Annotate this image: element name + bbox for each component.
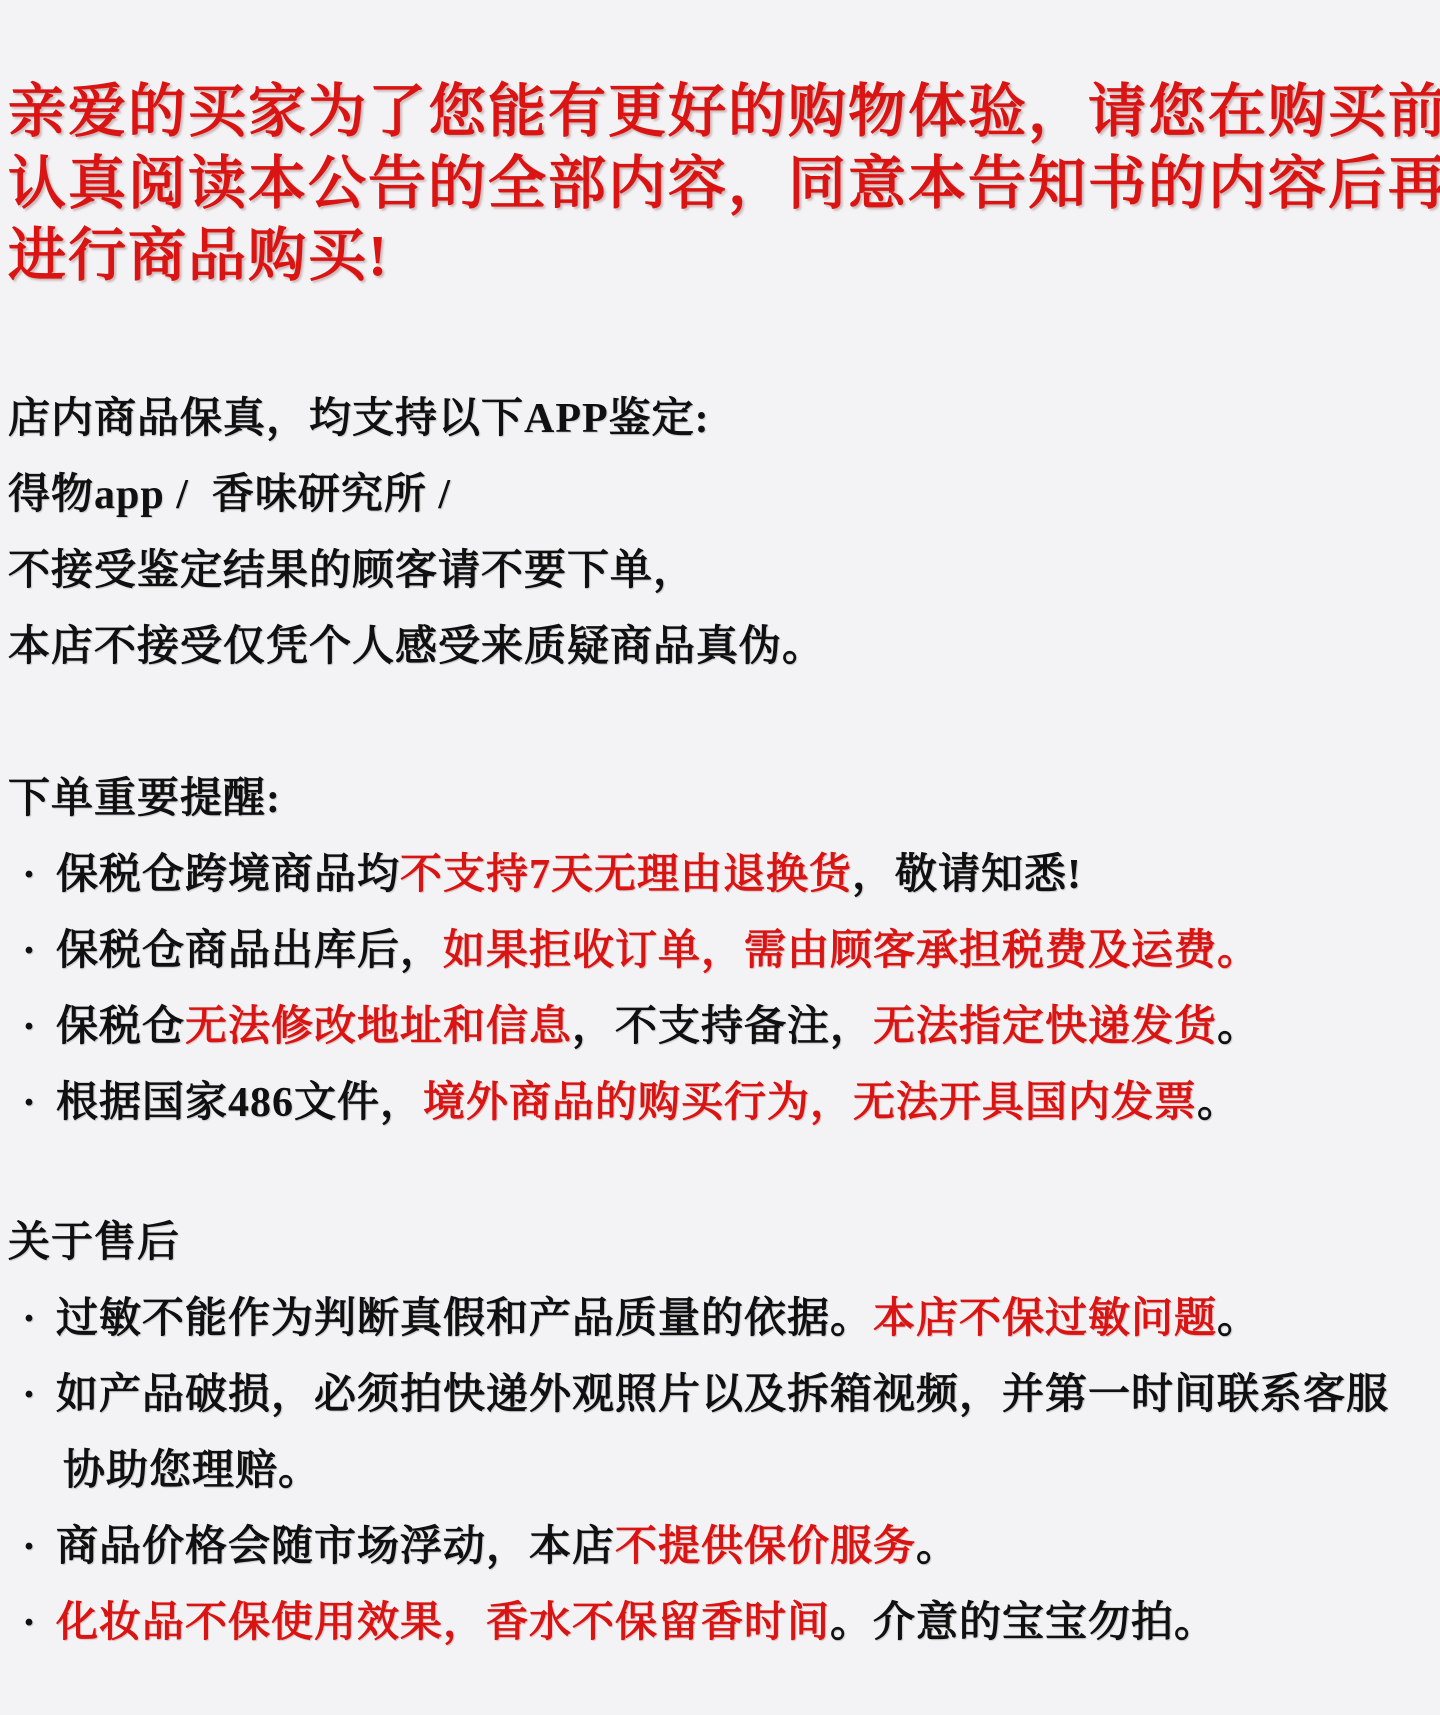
header-line-2: 认真阅读本公告的全部内容，同意本告知书的内容后再 xyxy=(8,148,1436,220)
bullet-text-segment: 不提供保价服务 xyxy=(615,1524,916,1570)
bullet-text-segment: 根据国家486文件， xyxy=(56,1080,423,1126)
header-line-1: 亲爱的买家为了您能有更好的购物体验，请您在购买前 xyxy=(8,76,1436,148)
authenticity-section: 店内商品保真，均支持以下APP鉴定: 得物app / 香味研究所 / 不接受鉴定… xyxy=(0,381,1440,685)
bullet-dot: · xyxy=(22,1509,56,1585)
order-reminder-section: 下单重要提醒: ·保税仓跨境商品均不支持7天无理由退换货，敬请知悉! ·保税仓商… xyxy=(0,761,1440,1141)
aftersale-bullet-allergy: ·过敏不能作为判断真假和产品质量的依据。本店不保过敏问题。 xyxy=(8,1281,1420,1357)
bullet-text-segment: 过敏不能作为判断真假和产品质量的依据。 xyxy=(56,1296,873,1342)
bullet-text-segment: 如果拒收订单，需由顾客承担税费及运费。 xyxy=(443,928,1260,974)
bullet-text-segment: 保税仓跨境商品均 xyxy=(56,852,400,898)
authenticity-line-4: 本店不接受仅凭个人感受来质疑商品真伪。 xyxy=(8,609,1420,685)
order-reminder-heading: 下单重要提醒: xyxy=(8,761,1420,837)
bullet-text-segment: 化妆品不保使用效果，香水不保留香时间 xyxy=(56,1600,830,1646)
bullet-dot: · xyxy=(22,837,56,913)
bullet-text-segment: 如产品破损，必须拍快递外观照片以及拆箱视频，并第一时间联系客服 xyxy=(56,1372,1389,1418)
bullet-text-segment: 无法指定快递发货 xyxy=(873,1004,1217,1050)
bullet-text-segment: 不支持7天无理由退换货 xyxy=(400,852,852,898)
reminder-bullet-no-address-change: ·保税仓无法修改地址和信息，不支持备注，无法指定快递发货。 xyxy=(8,989,1420,1065)
bullet-text-segment: 保税仓商品出库后， xyxy=(56,928,443,974)
reminder-bullet-no-invoice: ·根据国家486文件，境外商品的购买行为，无法开具国内发票。 xyxy=(8,1065,1420,1141)
bullet-dot: · xyxy=(22,1065,56,1141)
bullet-text-segment: 商品价格会随市场浮动，本店 xyxy=(56,1524,615,1570)
bullet-text-segment: 境外商品的购买行为，无法开具国内发票 xyxy=(423,1080,1197,1126)
bullet-text-segment: 。 xyxy=(1217,1296,1260,1342)
bullet-text-segment: 。 xyxy=(916,1524,959,1570)
bullet-dot: · xyxy=(22,1357,56,1433)
bullet-text-segment: 。 xyxy=(1217,1004,1260,1050)
bullet-text-segment: 本店不保过敏问题 xyxy=(873,1296,1217,1342)
aftersale-damage-continuation: 协助您理赔。 xyxy=(8,1433,1420,1509)
authenticity-line-3: 不接受鉴定结果的顾客请不要下单， xyxy=(8,533,1420,609)
aftersale-bullet-damage: ·如产品破损，必须拍快递外观照片以及拆箱视频，并第一时间联系客服 xyxy=(8,1357,1420,1433)
reminder-bullet-no-return: ·保税仓跨境商品均不支持7天无理由退换货，敬请知悉! xyxy=(8,837,1420,913)
bullet-text-segment: ，敬请知悉! xyxy=(852,852,1082,898)
bullet-dot: · xyxy=(22,1585,56,1661)
bullet-text-segment: ，不支持备注， xyxy=(572,1004,873,1050)
authentication-apps-line: 得物app / 香味研究所 / xyxy=(8,457,1420,533)
reminder-bullet-refusal-fees: ·保税仓商品出库后，如果拒收订单，需由顾客承担税费及运费。 xyxy=(8,913,1420,989)
bullet-dot: · xyxy=(22,989,56,1065)
bullet-dot: · xyxy=(22,1281,56,1357)
notice-header: 亲爱的买家为了您能有更好的购物体验，请您在购买前 认真阅读本公告的全部内容，同意… xyxy=(0,0,1440,292)
bullet-text-segment: 。 xyxy=(1197,1080,1240,1126)
authenticity-line-1: 店内商品保真，均支持以下APP鉴定: xyxy=(8,381,1420,457)
aftersale-bullet-price: ·商品价格会随市场浮动，本店不提供保价服务。 xyxy=(8,1509,1420,1585)
bullet-text-segment: 。介意的宝宝勿拍。 xyxy=(830,1600,1217,1646)
aftersale-bullet-cosmetics: ·化妆品不保使用效果，香水不保留香时间。介意的宝宝勿拍。 xyxy=(8,1585,1420,1661)
header-line-3: 进行商品购买! xyxy=(8,220,1436,292)
bullet-text-segment: 无法修改地址和信息 xyxy=(185,1004,572,1050)
bullet-dot: · xyxy=(22,913,56,989)
store-notice-page: 亲爱的买家为了您能有更好的购物体验，请您在购买前 认真阅读本公告的全部内容，同意… xyxy=(0,0,1440,1715)
after-sale-heading: 关于售后 xyxy=(8,1205,1420,1281)
after-sale-section: 关于售后 ·过敏不能作为判断真假和产品质量的依据。本店不保过敏问题。 ·如产品破… xyxy=(0,1205,1440,1661)
bullet-text-segment: 保税仓 xyxy=(56,1004,185,1050)
